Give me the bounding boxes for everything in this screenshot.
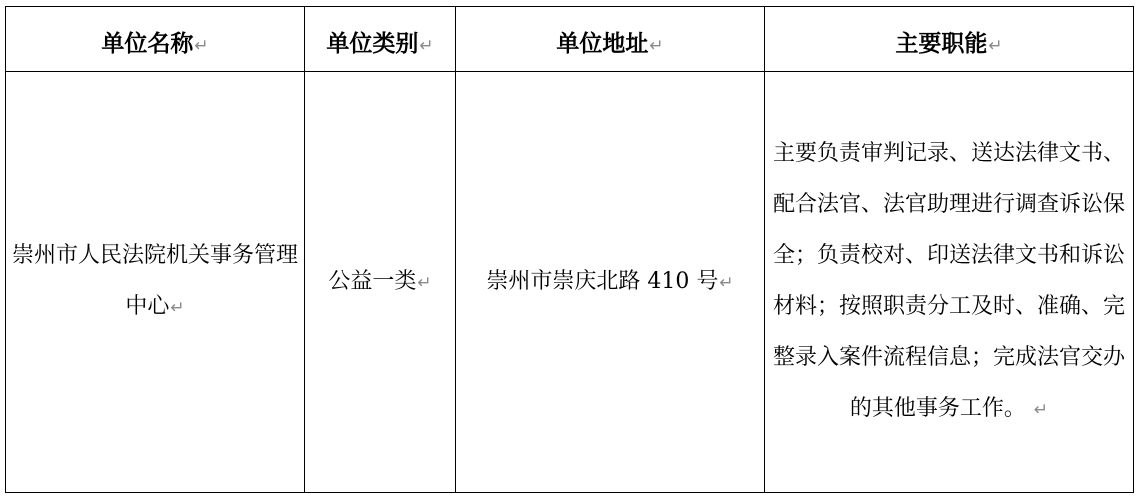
paragraph-mark-icon: ↵ — [419, 36, 433, 56]
paragraph-mark-icon: ↵ — [988, 36, 1002, 56]
table-header-row: 单位名称↵ 单位类别↵ 单位地址↵ 主要职能↵ — [6, 7, 1134, 72]
header-unit-category: 单位类别↵ — [305, 7, 456, 72]
paragraph-mark-icon: ↵ — [719, 273, 733, 293]
cell-unit-category: 公益一类↵ — [305, 72, 456, 493]
cell-unit-address: 崇州市崇庆北路 410 号↵ — [456, 72, 765, 493]
paragraph-mark-icon: ↵ — [649, 36, 663, 56]
paragraph-mark-icon: ↵ — [1034, 400, 1048, 420]
header-unit-name: 单位名称↵ — [6, 7, 305, 72]
paragraph-mark-icon: ↵ — [170, 298, 184, 318]
paragraph-mark-icon: ↵ — [194, 36, 208, 56]
header-unit-address: 单位地址↵ — [456, 7, 765, 72]
table-row: 崇州市人民法院机关事务管理中心↵ 公益一类↵ 崇州市崇庆北路 410 号↵ 主要… — [6, 72, 1134, 493]
header-main-duties: 主要职能↵ — [765, 7, 1134, 72]
cell-main-duties: 主要负责审判记录、送达法律文书、配合法官、法官助理进行调查诉讼保全；负责校对、印… — [765, 72, 1134, 493]
cell-unit-name: 崇州市人民法院机关事务管理中心↵ — [6, 72, 305, 493]
unit-info-table: 单位名称↵ 单位类别↵ 单位地址↵ 主要职能↵ 崇州市人民法院机关事务管理中心↵… — [5, 6, 1134, 493]
paragraph-mark-icon: ↵ — [417, 273, 431, 293]
